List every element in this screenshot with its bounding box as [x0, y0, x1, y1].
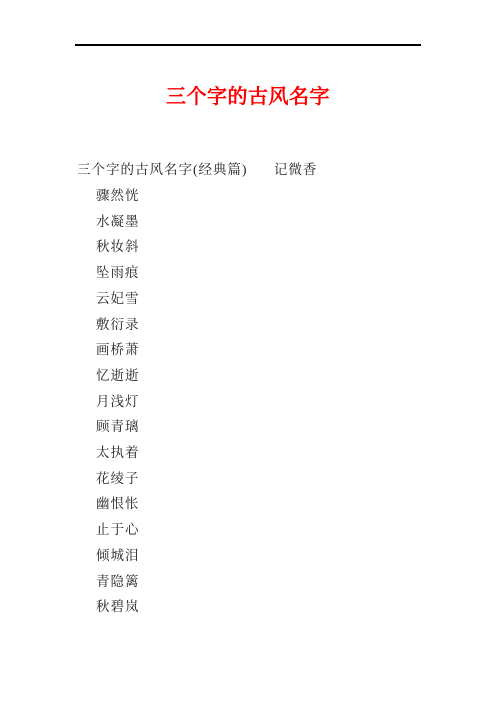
name-item: 水凝墨 — [96, 209, 476, 235]
document-page: 三个字的古风名字 三个字的古风名字(经典篇) 记微香 骤然恍水凝墨秋妆斜坠雨痕云… — [0, 0, 496, 702]
name-item: 画桥萧 — [96, 337, 476, 363]
name-item: 云妃雪 — [96, 286, 476, 312]
name-item: 骤然恍 — [96, 183, 476, 209]
name-item: 敷衍录 — [96, 312, 476, 338]
byline: 记微香 — [274, 157, 318, 183]
name-item: 倾城泪 — [96, 543, 476, 569]
name-item: 秋碧岚 — [96, 594, 476, 620]
name-list: 骤然恍水凝墨秋妆斜坠雨痕云妃雪敷衍录画桥萧忆逝逝月浅灯顾青璃太执着花绫子幽恨怅止… — [77, 183, 476, 620]
name-item: 秋妆斜 — [96, 234, 476, 260]
name-item: 花绫子 — [96, 466, 476, 492]
name-item: 忆逝逝 — [96, 363, 476, 389]
name-item: 顾青璃 — [96, 414, 476, 440]
name-item: 坠雨痕 — [96, 260, 476, 286]
section-heading-line: 三个字的古风名字(经典篇) 记微香 — [77, 157, 476, 183]
section-heading: 三个字的古风名字(经典篇) — [77, 162, 248, 177]
header-rule — [75, 44, 421, 46]
name-item: 青隐篱 — [96, 569, 476, 595]
name-item: 幽恨怅 — [96, 491, 476, 517]
name-item: 止于心 — [96, 517, 476, 543]
name-item: 太执着 — [96, 440, 476, 466]
name-item: 月浅灯 — [96, 389, 476, 415]
page-title: 三个字的古风名字 — [0, 80, 496, 109]
document-body: 三个字的古风名字(经典篇) 记微香 骤然恍水凝墨秋妆斜坠雨痕云妃雪敷衍录画桥萧忆… — [77, 157, 476, 620]
